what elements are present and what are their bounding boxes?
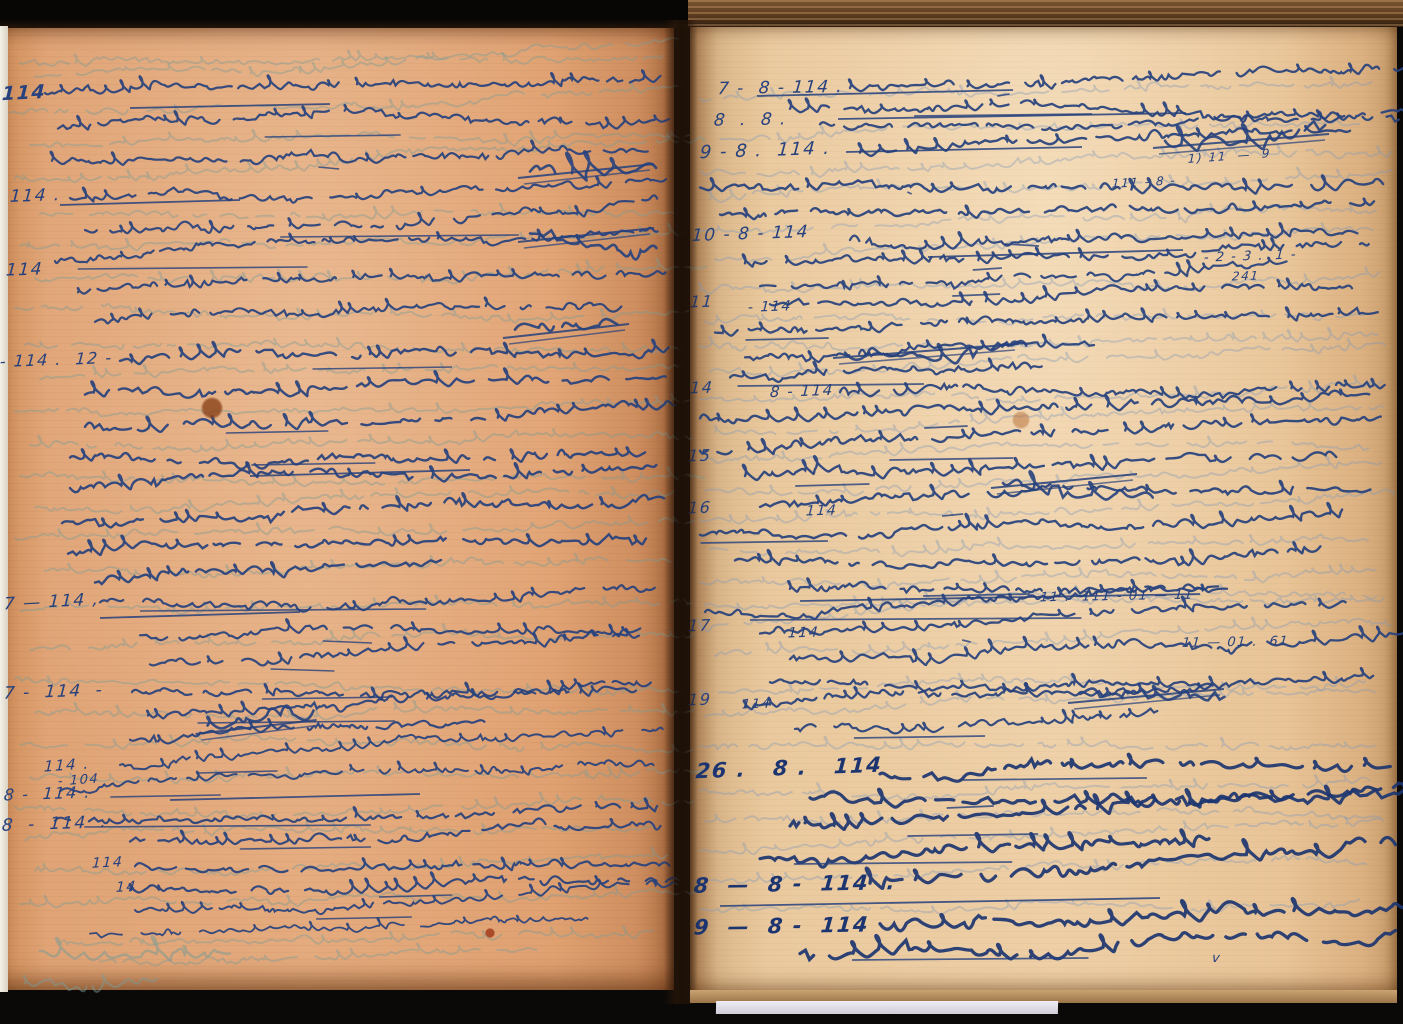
gutter-shadow: [664, 20, 698, 1004]
handwriting-layer: [0, 0, 1403, 1024]
ink-stain: [1012, 411, 1030, 429]
scanned-notebook-spread: 114114 .114- 114 . 12 -7 — 114 ,7 - 114 …: [0, 0, 1403, 1024]
ink-stain: [485, 928, 495, 938]
ink-stain: [201, 397, 223, 419]
white-insert-strip: [716, 1001, 1058, 1014]
